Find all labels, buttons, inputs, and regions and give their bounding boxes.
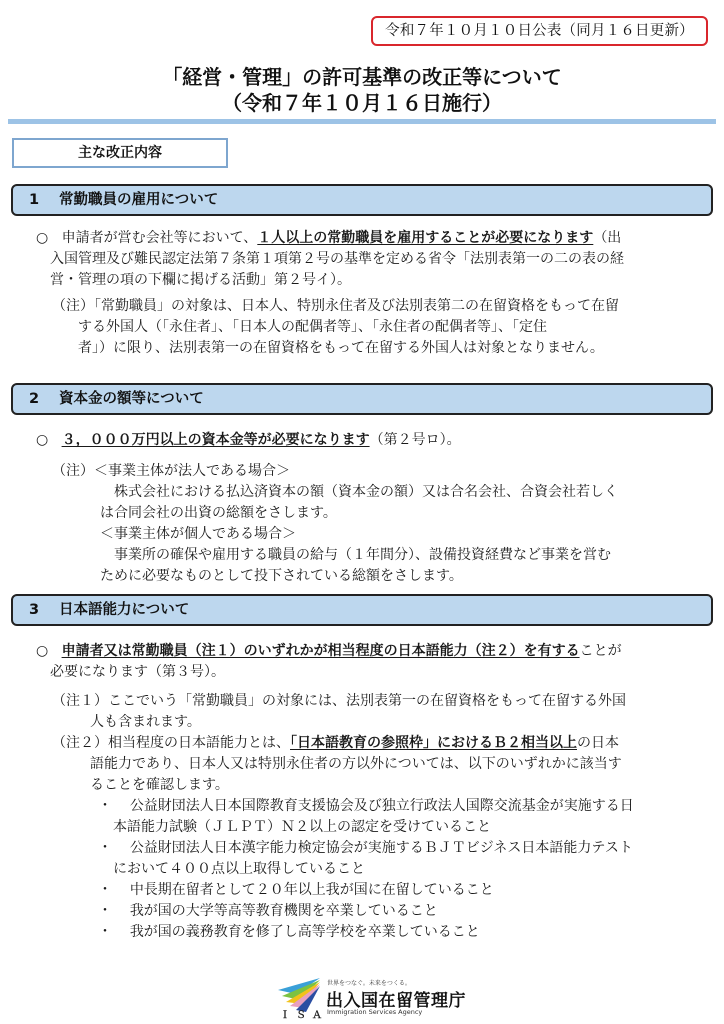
section-2-note-indiv-line-2: ために必要なものとして投下されている総額をさします。	[100, 566, 463, 587]
criteria-item: ・ 我が国の義務教育を修了し高等学校を卒業していること	[98, 922, 480, 943]
section-1-note-line-2: する外国人（「永住者」、「日本人の配偶者等」、「永住者の配偶者等」、「定住	[78, 317, 547, 338]
section-1-main-line-3: 営・管理の項の下欄に掲げる活動」第２号イ）。	[50, 270, 351, 291]
section-number: 1	[29, 186, 59, 214]
bullet-dot: ・	[98, 924, 112, 940]
section-number: 3	[29, 596, 59, 624]
logo-abbreviation: ＩＳＡ	[280, 1006, 328, 1021]
section-1-note-line-3: 者」）に限り、法別表第一の在留資格をもって在留する外国人は対象となりません。	[78, 338, 604, 359]
section-2-main-line: ○ ３，０００万円以上の資本金等が必要になります（第２号ロ）。	[36, 430, 461, 451]
section-2-note-corp-heading: （注）＜事業主体が法人である場合＞	[52, 461, 290, 482]
publication-date-badge: 令和７年１０月１０日公表（同月１６日更新）	[371, 16, 708, 46]
section-1-note-line-1: （注）「常勤職員」の対象は、日本人、特別永住者及び法別表第二の在留資格をもって在…	[52, 296, 619, 317]
section-number: 2	[29, 385, 59, 413]
criteria-item: ・ 我が国の大学等高等教育機関を卒業していること	[98, 901, 438, 922]
section-3-note2-line-1: （注２）相当程度の日本語能力とは、「日本語教育の参照枠」におけるＢ２相当以上の日…	[52, 733, 619, 754]
section-2-header: 2資本金の額等について	[11, 383, 713, 415]
section-3-note2-line-3: ることを確認します。	[90, 775, 229, 796]
bullet-circle: ○	[36, 230, 48, 246]
key-requirement: 申請者又は常勤職員（注１）のいずれかが相当程度の日本語能力（注２）を有する	[62, 643, 580, 659]
bullet-circle: ○	[36, 643, 48, 659]
section-3-header: 3日本語能力について	[11, 594, 713, 626]
section-1-main-line-1: ○ 申請者が営む会社等において、１人以上の常勤職員を雇用することが必要になります…	[36, 228, 621, 249]
key-requirement: ３，０００万円以上の資本金等が必要になります	[62, 432, 370, 448]
title-line-1: 「経営・管理」の許可基準の改正等について	[0, 64, 724, 90]
logo-english-name: Immigration Services Agency	[327, 1008, 422, 1016]
criteria-item: ・ 公益財団法人日本国際教育支援協会及び独立行政法人国際交流基金が実施する日	[98, 796, 634, 817]
section-1-main-line-2: 入国管理及び難民認定法第７条第１項第２号の基準を定める省令「法別表第一の二の表の…	[50, 249, 624, 270]
section-2-note-corp-line-1: 株式会社における払込済資本の額（資本金の額）又は合名会社、合資会社若しく	[114, 482, 618, 503]
section-2-note-indiv-line-1: 事業所の確保や雇用する職員の給与（１年間分）、設備投資経費など事業を営む	[114, 545, 611, 566]
section-1-header: 1常勤職員の雇用について	[11, 184, 713, 216]
criteria-item-continuation: 本語能力試験（ＪＬＰＴ）Ｎ２以上の認定を受けていること	[113, 817, 491, 838]
criteria-item-continuation: において４００点以上取得していること	[113, 859, 365, 880]
bullet-dot: ・	[98, 840, 112, 856]
section-2-note-corp-line-2: は合同会社の出資の総額をさします。	[100, 503, 337, 524]
section-2-note-indiv-heading: ＜事業主体が個人である場合＞	[100, 524, 296, 545]
bullet-dot: ・	[98, 903, 112, 919]
section-title: 常勤職員の雇用について	[59, 192, 218, 208]
title-line-2: （令和７年１０月１６日施行）	[0, 90, 724, 116]
page-title: 「経営・管理」の許可基準の改正等について （令和７年１０月１６日施行）	[0, 64, 724, 116]
section-3-note1-line-2: 人も含まれます。	[90, 712, 201, 733]
summary-label-box: 主な改正内容	[12, 138, 228, 168]
agency-logo: ＩＳＡ 世界をつなぐ。未来をつくる。 出入国在留管理庁 Immigration …	[276, 976, 476, 1020]
bullet-dot: ・	[98, 882, 112, 898]
criteria-item: ・ 公益財団法人日本漢字能力検定協会が実施するＢＪＴビジネス日本語能力テスト	[98, 838, 633, 859]
section-3-main-line-1: ○ 申請者又は常勤職員（注１）のいずれかが相当程度の日本語能力（注２）を有するこ…	[36, 641, 622, 662]
title-divider	[8, 119, 716, 124]
section-3-note2-line-2: 語能力であり、日本人又は特別永住者の方以外については、以下のいずれかに該当す	[90, 754, 622, 775]
section-title: 日本語能力について	[59, 602, 189, 618]
bullet-circle: ○	[36, 432, 48, 448]
section-title: 資本金の額等について	[59, 391, 204, 407]
key-requirement: １人以上の常勤職員を雇用することが必要になります	[257, 230, 593, 246]
bullet-dot: ・	[98, 798, 112, 814]
section-3-main-line-2: 必要になります（第３号）。	[50, 662, 225, 683]
section-3-note1-line-1: （注１）ここでいう「常勤職員」の対象には、法別表第一の在留資格をもって在留する外…	[52, 691, 626, 712]
reference-framework-requirement: 「日本語教育の参照枠」におけるＢ２相当以上	[290, 735, 577, 751]
criteria-item: ・ 中長期在留者として２０年以上我が国に在留していること	[98, 880, 494, 901]
